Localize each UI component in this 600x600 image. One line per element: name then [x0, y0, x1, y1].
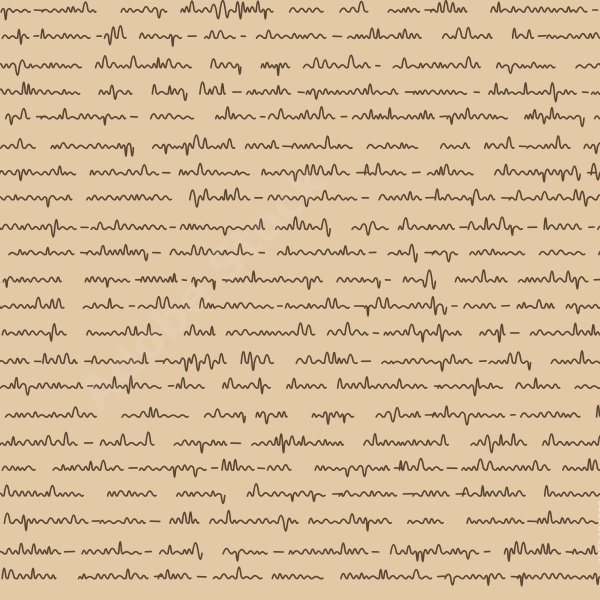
- handwritten-word: [337, 278, 380, 288]
- handwritten-word: [223, 549, 267, 561]
- handwritten-word: [290, 8, 323, 12]
- handwritten-word: [185, 325, 215, 335]
- handwritten-word: [365, 163, 406, 174]
- handwritten-word: [464, 303, 496, 308]
- handwritten-word: [181, 219, 265, 235]
- handwritten-word: [261, 62, 289, 75]
- handwritten-word: [428, 164, 473, 174]
- handwritten-word: [286, 298, 350, 308]
- handwritten-word: [393, 57, 480, 68]
- handwritten-word: [2, 466, 35, 470]
- handwritten-word: [262, 165, 349, 182]
- handwritten-word: [328, 323, 368, 335]
- handwritten-word: [544, 218, 581, 229]
- handwritten-word: [339, 491, 396, 496]
- handwritten-word: [509, 190, 600, 206]
- handwritten-word: [399, 218, 455, 229]
- handwritten-word: [312, 412, 353, 424]
- handwritten-word: [138, 297, 189, 308]
- handwritten-word: [341, 570, 432, 579]
- handwritten-word: [213, 567, 261, 578]
- handwritten-word: [467, 518, 524, 523]
- handwritten-word: [0, 195, 72, 207]
- handwritten-word: [573, 546, 597, 554]
- handwritten-word: [79, 569, 148, 579]
- handwritten-word: [513, 28, 534, 38]
- handwritten-word: [489, 352, 530, 370]
- handwritten-word: [4, 513, 88, 530]
- handwritten-word: [41, 109, 126, 125]
- handwritten-word: [379, 192, 421, 200]
- handwritten-word: [268, 191, 356, 207]
- handwritten-word: [151, 114, 194, 119]
- handwritten-word: [462, 459, 550, 470]
- handwriting-pattern: Adobe Stock #355483280: [0, 0, 600, 600]
- handwritten-word: [367, 143, 417, 148]
- handwritten-word: [87, 324, 161, 335]
- handwritten-word: [376, 408, 420, 422]
- handwritten-word: [296, 352, 357, 363]
- handwritten-word: [2, 568, 56, 578]
- handwritten-word: [563, 459, 600, 470]
- handwritten-word: [292, 136, 352, 148]
- handwritten-word: [53, 460, 123, 470]
- handwritten-word: [257, 30, 326, 38]
- handwritten-word: [6, 109, 30, 125]
- handwritten-word: [516, 378, 560, 388]
- handwritten-word: [2, 324, 66, 341]
- handwritten-word: [575, 380, 600, 396]
- ink-dash: [440, 116, 447, 117]
- handwritten-word: [272, 574, 323, 579]
- handwritten-word: [174, 440, 226, 453]
- handwritten-word: [309, 514, 391, 531]
- handwritten-word: [41, 29, 90, 38]
- handwritten-word: [518, 573, 600, 585]
- handwritten-word: [51, 143, 133, 156]
- handwritten-word: [222, 459, 254, 470]
- handwritten-word: [463, 486, 525, 496]
- handwritten-word: [315, 466, 389, 477]
- handwritten-word: [1, 139, 35, 148]
- handwritten-word: [388, 7, 419, 12]
- handwritten-word: [545, 486, 600, 496]
- handwritten-word: [491, 2, 587, 12]
- handwritten-word: [101, 432, 154, 445]
- handwritten-word: [140, 33, 182, 46]
- handwritten-word: [160, 543, 202, 559]
- handwritten-word: [480, 324, 505, 342]
- handwritten-word: [443, 28, 492, 39]
- handwritten-word: [223, 378, 270, 393]
- handwritten-word: [42, 2, 96, 12]
- handwritten-word: [92, 353, 148, 364]
- handwritten-word: [304, 55, 371, 68]
- handwritten-word: [170, 512, 199, 523]
- handwritten-word: [0, 166, 75, 180]
- handwritten-word: [441, 143, 470, 148]
- handwritten-word: [0, 433, 77, 446]
- ink-dash: [538, 36, 546, 37]
- handwritten-word: [170, 244, 253, 255]
- handwritten-word: [517, 300, 554, 308]
- handwritten-word: [226, 271, 322, 289]
- handwritten-word: [269, 107, 335, 119]
- handwritten-word: [365, 297, 447, 316]
- handwriting-strokes: [0, 0, 600, 600]
- handwritten-word: [591, 164, 600, 180]
- handwritten-word: [90, 165, 158, 175]
- ink-dash: [182, 280, 186, 281]
- handwritten-word: [87, 245, 148, 261]
- handwritten-word: [531, 323, 600, 335]
- handwritten-word: [247, 86, 290, 95]
- handwritten-word: [521, 412, 580, 417]
- handwritten-word: [388, 244, 417, 262]
- handwritten-word: [597, 406, 600, 424]
- handwritten-word: [576, 57, 600, 67]
- handwritten-word: [0, 60, 81, 75]
- handwritten-word: [252, 434, 343, 453]
- handwritten-word: [190, 188, 250, 207]
- handwritten-word: [403, 270, 435, 289]
- handwritten-word: [485, 137, 514, 148]
- handwritten-word: [256, 412, 287, 424]
- handwritten-word: [445, 574, 505, 585]
- handwritten-word: [158, 570, 191, 579]
- handwritten-word: [268, 465, 291, 470]
- handwritten-word: [140, 465, 206, 477]
- handwritten-word: [455, 270, 507, 282]
- handwritten-word: [83, 299, 123, 309]
- handwritten-word: [200, 82, 225, 94]
- handwritten-word: [6, 407, 97, 417]
- handwritten-word: [338, 377, 427, 388]
- handwritten-word: [432, 251, 457, 261]
- handwritten-word: [592, 84, 600, 94]
- handwritten-word: [353, 108, 435, 119]
- handwritten-word: [91, 220, 166, 229]
- handwritten-word: [205, 409, 246, 422]
- handwritten-word: [447, 108, 507, 124]
- handwritten-word: [497, 62, 555, 73]
- handwritten-word: [340, 2, 368, 13]
- handwritten-word: [584, 138, 600, 153]
- handwritten-word: [94, 376, 161, 394]
- handwritten-word: [470, 249, 524, 254]
- handwritten-word: [489, 83, 576, 102]
- handwritten-word: [408, 518, 443, 523]
- handwritten-word: [153, 135, 235, 155]
- handwritten-word: [177, 491, 225, 503]
- handwritten-word: [306, 84, 397, 99]
- handwritten-word: [400, 459, 443, 471]
- handwritten-word: [566, 304, 600, 314]
- handwritten-word: [391, 545, 479, 562]
- handwritten-word: [414, 90, 467, 94]
- handwritten-word: [164, 354, 227, 371]
- handwritten-word: [468, 217, 522, 235]
- handwritten-word: [192, 277, 215, 289]
- handwritten-word: [100, 518, 145, 523]
- ink-dash: [566, 552, 573, 553]
- handwritten-word: [364, 434, 448, 445]
- handwritten-word: [108, 491, 156, 496]
- handwritten-word: [43, 353, 77, 363]
- handwritten-word: [471, 434, 526, 453]
- handwritten-word: [0, 358, 29, 363]
- handwritten-word: [595, 108, 600, 127]
- handwritten-word: [216, 107, 256, 119]
- handwritten-word: [0, 485, 83, 496]
- handwritten-word: [227, 323, 315, 335]
- handwritten-word: [538, 511, 598, 523]
- handwritten-word: [413, 491, 449, 496]
- handwritten-word: [179, 164, 249, 175]
- handwritten-word: [1, 9, 30, 20]
- handwritten-word: [352, 221, 388, 234]
- handwritten-word: [438, 378, 502, 395]
- handwritten-word: [121, 7, 167, 18]
- handwritten-word: [505, 542, 561, 561]
- handwritten-word: [152, 85, 186, 101]
- handwritten-word: [431, 1, 467, 12]
- handwritten-word: [382, 355, 472, 372]
- handwritten-word: [210, 511, 298, 531]
- handwritten-word: [540, 250, 585, 254]
- handwritten-word: [99, 85, 132, 99]
- handwritten-word: [527, 136, 570, 148]
- handwritten-word: [495, 164, 580, 181]
- handwritten-word: [205, 31, 235, 39]
- handwritten-word: [547, 28, 600, 39]
- handwritten-word: [551, 351, 600, 364]
- handwritten-word: [85, 277, 129, 287]
- handwritten-word: [96, 56, 192, 68]
- handwritten-word: [289, 543, 368, 554]
- handwritten-word: [519, 271, 588, 288]
- ink-dash: [511, 577, 521, 578]
- handwritten-word: [200, 298, 273, 308]
- handwritten-word: [433, 406, 505, 425]
- handwritten-word: [211, 59, 241, 74]
- handwritten-word: [82, 542, 141, 554]
- handwritten-word: [543, 434, 600, 445]
- handwritten-word: [384, 324, 461, 341]
- handwritten-word: [287, 378, 326, 388]
- handwritten-word: [525, 108, 584, 127]
- handwritten-word: [3, 277, 61, 287]
- handwritten-word: [122, 407, 188, 417]
- handwritten-word: [276, 217, 331, 236]
- handwritten-word: [176, 378, 204, 388]
- handwritten-word: [348, 28, 421, 38]
- handwritten-word: [0, 82, 80, 94]
- handwritten-word: [105, 26, 127, 45]
- handwritten-word: [246, 141, 279, 149]
- handwritten-word: [0, 378, 83, 395]
- handwritten-word: [9, 248, 74, 255]
- handwritten-word: [181, 1, 273, 19]
- handwritten-word: [2, 30, 28, 45]
- handwritten-word: [241, 352, 273, 371]
- handwritten-word: [141, 274, 177, 282]
- handwritten-word: [0, 220, 76, 237]
- handwritten-word: [435, 189, 494, 205]
- handwritten-word: [0, 543, 60, 554]
- handwritten-word: [87, 195, 172, 200]
- handwritten-word: [278, 246, 365, 255]
- handwritten-word: [247, 484, 325, 501]
- handwritten-word: [0, 297, 64, 308]
